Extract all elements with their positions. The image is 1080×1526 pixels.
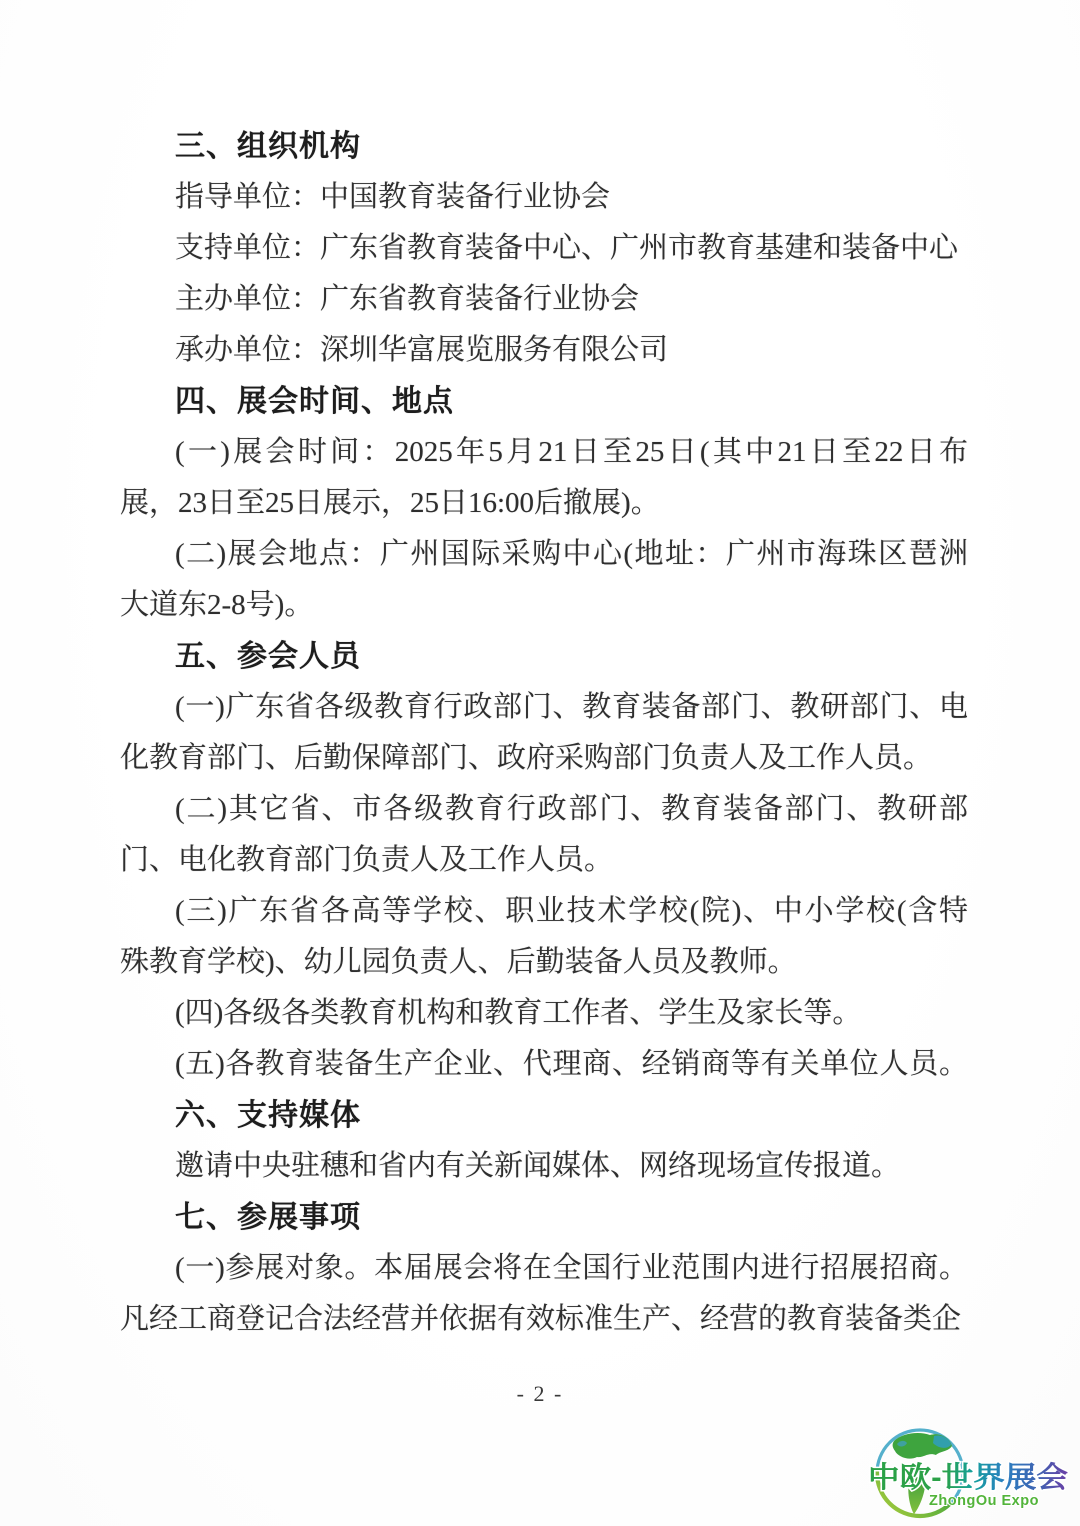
document-line: (一)广东省各级教育行政部门、教育装备部门、教研部门、电 <box>120 682 968 733</box>
document-line: 支持单位：广东省教育装备中心、广州市教育基建和装备中心 <box>120 223 968 274</box>
section-heading: 七、参展事项 <box>120 1192 968 1243</box>
section-heading: 三、组织机构 <box>120 121 968 172</box>
document-line: 化教育部门、后勤保障部门、政府采购部门负责人及工作人员。 <box>120 733 968 784</box>
section-heading: 六、支持媒体 <box>120 1090 968 1141</box>
globe-icon: 中欧-世界展会 ZhongOu Expo <box>864 1424 1072 1522</box>
document-line: (二)其它省、市各级教育行政部门、教育装备部门、教研部 <box>120 784 968 835</box>
logo-subtitle: ZhongOu Expo <box>929 1493 1039 1509</box>
document-line: 主办单位：广东省教育装备行业协会 <box>120 274 968 325</box>
document-line: (五)各教育装备生产企业、代理商、经销商等有关单位人员。 <box>120 1039 968 1090</box>
document-line: 指导单位：中国教育装备行业协会 <box>120 172 968 223</box>
document-line: (二)展会地点：广州国际采购中心(地址：广州市海珠区琶洲 <box>120 529 968 580</box>
page-number: - 2 - <box>0 1381 1080 1407</box>
document-line: 邀请中央驻穗和省内有关新闻媒体、网络现场宣传报道。 <box>120 1141 968 1192</box>
document-line: (四)各级各类教育机构和教育工作者、学生及家长等。 <box>120 988 968 1039</box>
document-line: (一)展会时间：2025年5月21日至25日(其中21日至22日布 <box>120 427 968 478</box>
section-heading: 四、展会时间、地点 <box>120 376 968 427</box>
scanned-document-page: 三、组织机构 指导单位：中国教育装备行业协会 支持单位：广东省教育装备中心、广州… <box>0 0 1080 1526</box>
section-heading: 五、参会人员 <box>120 631 968 682</box>
document-line: 展，23日至25日展示，25日16:00后撤展)。 <box>120 478 968 529</box>
document-line: 门、电化教育部门负责人及工作人员。 <box>120 835 968 886</box>
logo-title: 中欧-世界展会 <box>868 1461 1068 1494</box>
document-line: 殊教育学校)、幼儿园负责人、后勤装备人员及教师。 <box>120 937 968 988</box>
document-body: 三、组织机构 指导单位：中国教育装备行业协会 支持单位：广东省教育装备中心、广州… <box>120 121 968 1345</box>
document-line: 承办单位：深圳华富展览服务有限公司 <box>120 325 968 376</box>
document-line: 大道东2-8号)。 <box>120 580 968 631</box>
document-line: (一)参展对象。本届展会将在全国行业范围内进行招展招商。 <box>120 1243 968 1294</box>
expo-logo: 中欧-世界展会 ZhongOu Expo <box>864 1424 1072 1522</box>
document-line: (三)广东省各高等学校、职业技术学校(院)、中小学校(含特 <box>120 886 968 937</box>
document-line: 凡经工商登记合法经营并依据有效标准生产、经营的教育装备类企 <box>120 1294 968 1345</box>
